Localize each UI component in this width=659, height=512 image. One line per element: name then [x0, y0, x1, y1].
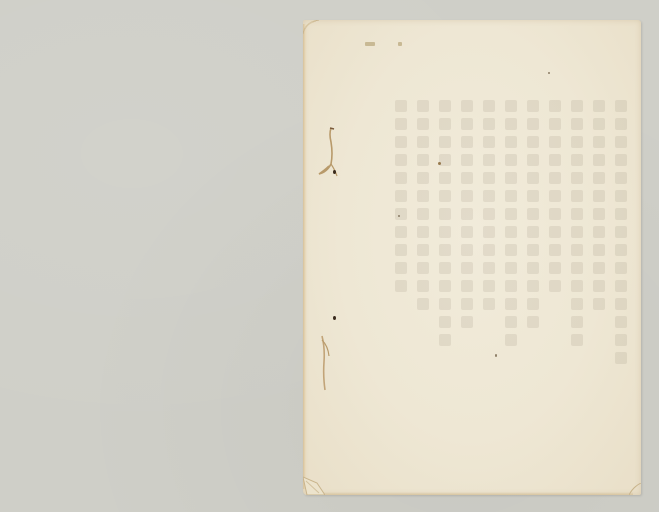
- page-bottom-edge: [309, 492, 633, 495]
- worn-corner-top-left-icon: [303, 20, 321, 38]
- page-spine-edge: [303, 24, 307, 489]
- worn-corner-bottom-right-icon: [629, 483, 641, 495]
- book-page: [303, 20, 641, 495]
- bleed-through-text: [395, 100, 631, 400]
- binding-string-bottom-icon: [319, 334, 333, 392]
- worn-corner-bottom-left-icon: [303, 473, 325, 495]
- paper-speck: [548, 72, 550, 74]
- stitch-hole: [333, 170, 336, 174]
- faint-marks: [365, 42, 405, 48]
- stitch-hole: [333, 316, 336, 320]
